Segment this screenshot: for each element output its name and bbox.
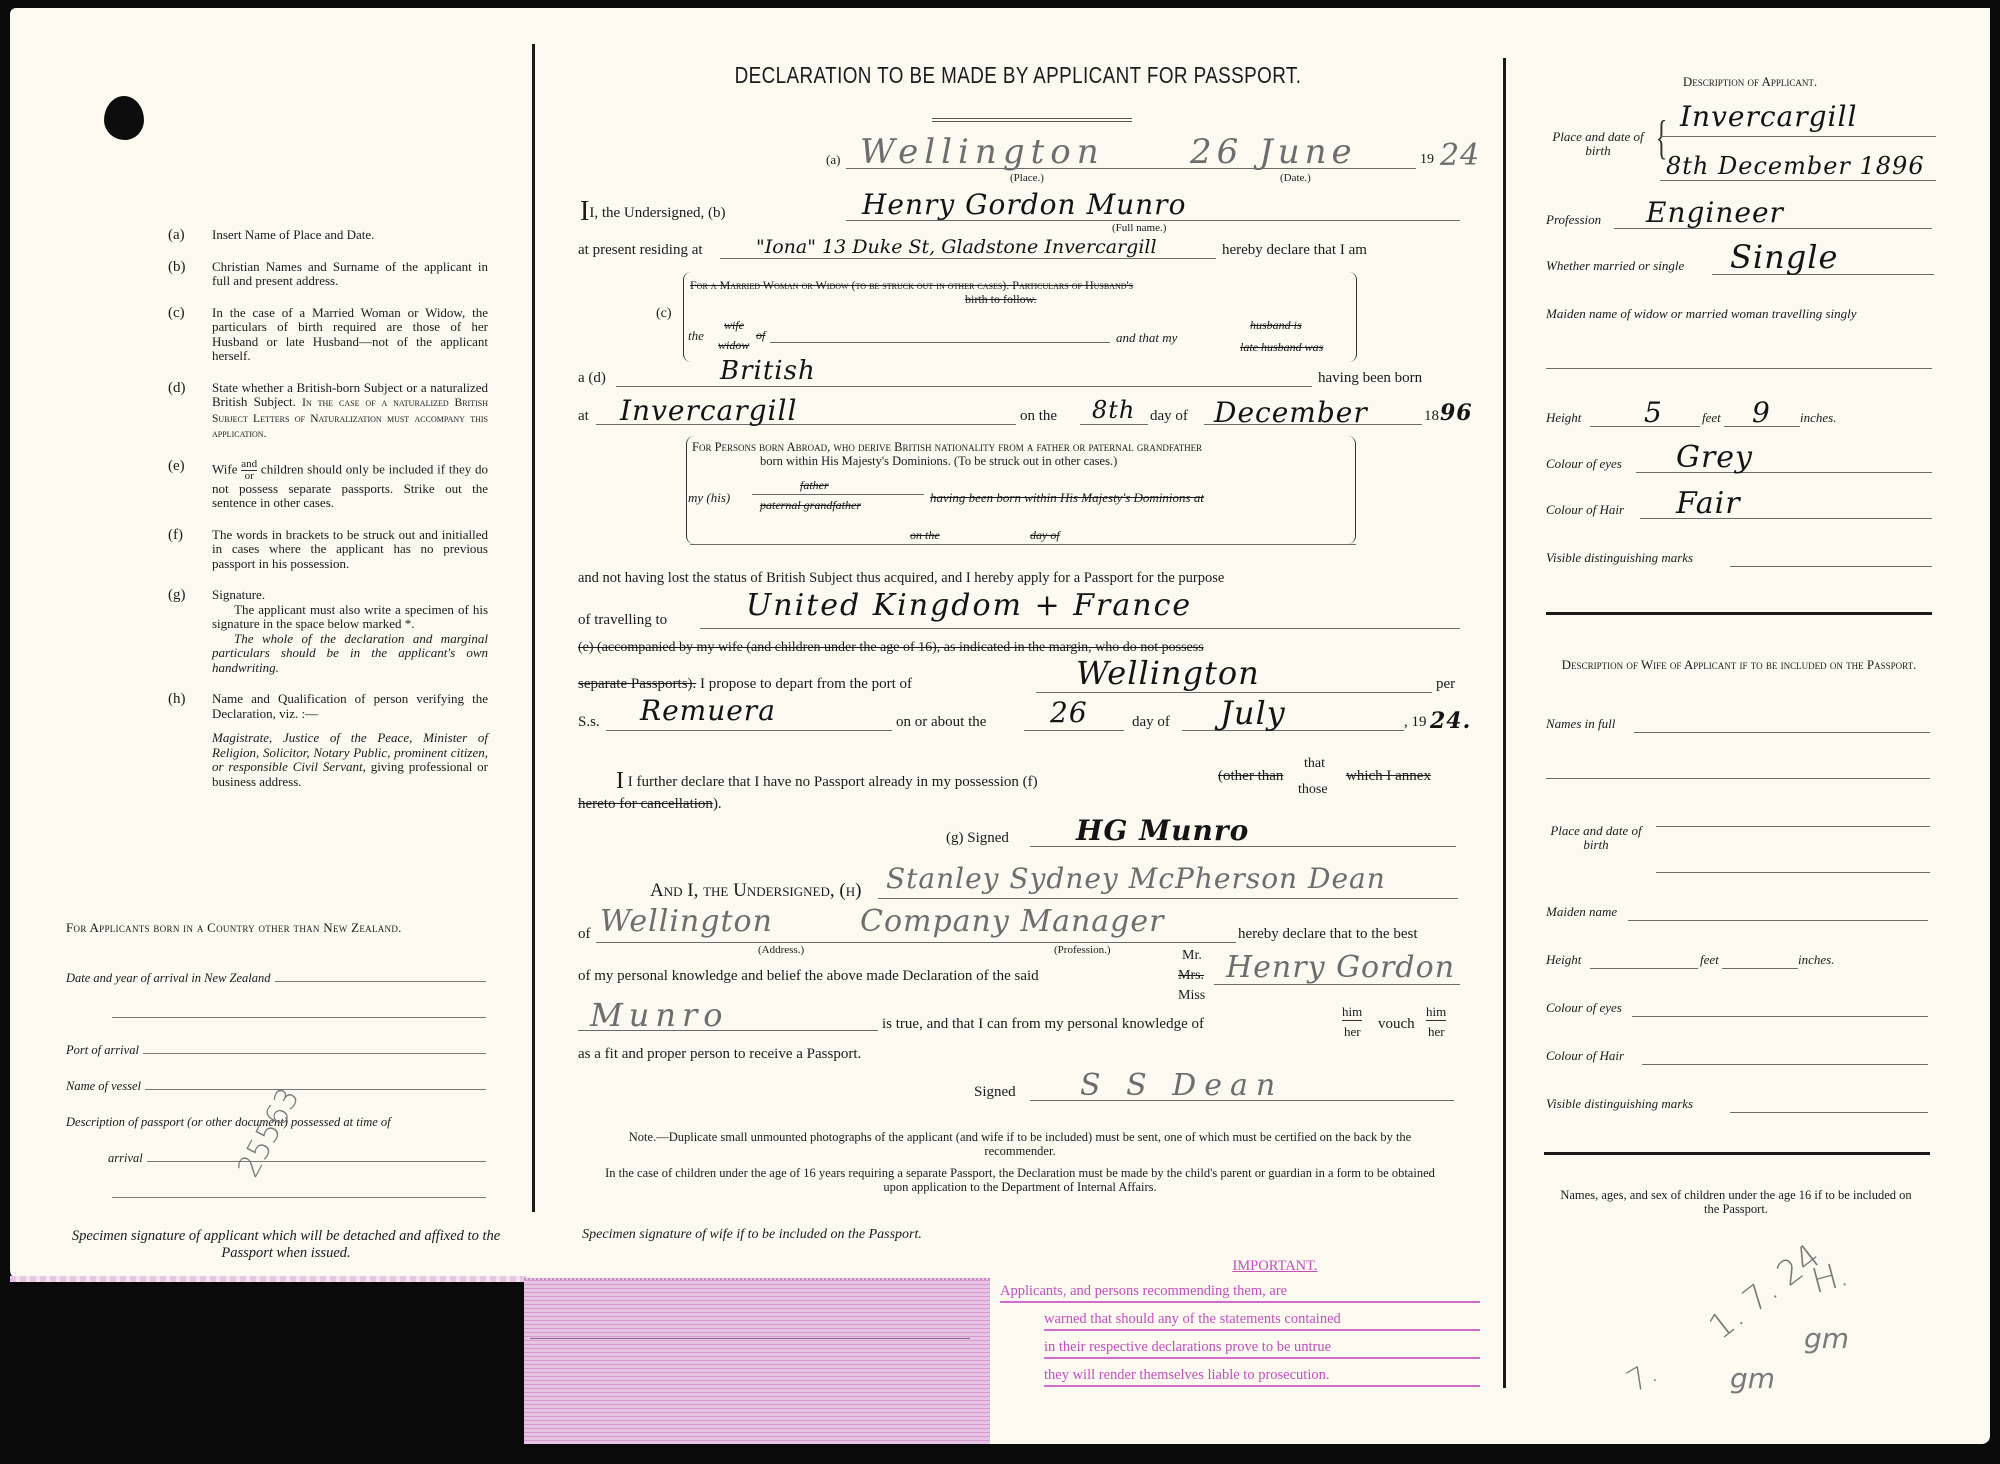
passport-description-field-2[interactable] [66, 1166, 486, 1202]
note-b: (b) Christian Names and Surname of the a… [168, 260, 488, 289]
pencil-initials-2: gm [1730, 1362, 1775, 1395]
birth-place-field[interactable]: Invercargill [620, 394, 797, 427]
subject-name-field-1[interactable]: Henry Gordon [1226, 950, 1455, 985]
date-field[interactable]: 26 June [1190, 132, 1357, 172]
place-field[interactable]: Wellington [860, 132, 1105, 172]
departure-year-field[interactable]: 24. [1430, 708, 1471, 734]
perforated-edge [10, 1276, 530, 1282]
profession-field[interactable]: Engineer [1646, 196, 1784, 229]
year-field[interactable]: 24 [1440, 138, 1480, 173]
note-h: (h) Name and Qualification of person ver… [168, 692, 488, 789]
birth-month-field[interactable]: December [1214, 396, 1368, 429]
photo-note: Note.—Duplicate small unmounted photogra… [600, 1130, 1440, 1158]
arrival-date-field-2[interactable] [66, 986, 486, 1022]
verifier-name-field[interactable]: Stanley Sydney McPherson Dean [886, 862, 1386, 895]
departure-day-field[interactable]: 26 [1050, 696, 1088, 729]
title-rule [932, 118, 1132, 122]
note-c: (c) In the case of a Married Woman or Wi… [168, 306, 488, 364]
ship-field[interactable]: Remuera [640, 694, 776, 727]
note-d: (d) State whether a British-born Subject… [168, 381, 488, 442]
note-g: (g) Signature.The applicant must also wr… [168, 588, 488, 675]
pencil-initials-1: gm [1804, 1322, 1849, 1355]
nationality-field[interactable]: British [720, 356, 816, 386]
birth-year-field[interactable]: 96 [1440, 400, 1473, 426]
eye-colour-field[interactable]: Grey [1676, 440, 1753, 475]
foreign-born-section: For Applicants born in a Country other t… [66, 920, 486, 1202]
specimen-signature-applicant-label: Specimen signature of applicant which wi… [66, 1228, 506, 1262]
important-warning: IMPORTANT. Applicants, and persons recom… [1000, 1258, 1480, 1395]
applicant-signature[interactable]: HG Munro [1076, 814, 1249, 847]
right-column-rule [1503, 58, 1506, 1388]
hair-colour-field[interactable]: Fair [1676, 486, 1741, 521]
foreign-section-heading: For Applicants born in a Country other t… [66, 920, 486, 936]
departure-port-field[interactable]: Wellington [1076, 654, 1260, 692]
left-column-rule [532, 44, 535, 1212]
children-section-label: Names, ages, and sex of children under t… [1556, 1188, 1916, 1216]
birth-day-field[interactable]: 8th [1092, 396, 1135, 424]
full-name-field[interactable]: Henry Gordon Munro [862, 188, 1186, 221]
destination-field[interactable]: United Kingdom + France [746, 588, 1192, 623]
verifier-profession-field[interactable]: Company Manager [860, 904, 1164, 939]
page-title: DECLARATION TO BE MADE BY APPLICANT FOR … [656, 62, 1381, 89]
departure-month-field[interactable]: July [1220, 694, 1286, 732]
specimen-signature-wife-label: Specimen signature of wife if to be incl… [552, 1226, 952, 1243]
marginal-notes: (a) Insert Name of Place and Date. (b) C… [168, 228, 488, 806]
note-e: (e) Wife andor children should only be i… [168, 459, 488, 511]
subject-name-field-2[interactable]: Munro [590, 996, 729, 1034]
desc-birth-date-field[interactable]: 8th December 1896 [1666, 152, 1925, 180]
children-note: In the case of children under the age of… [600, 1166, 1440, 1194]
desc-birth-place-field[interactable]: Invercargill [1680, 100, 1857, 133]
port-of-arrival-field[interactable]: Port of arrival [66, 1022, 486, 1058]
marital-status-field[interactable]: Single [1730, 238, 1838, 276]
arrival-date-field[interactable]: Date and year of arrival in New Zealand [66, 950, 486, 986]
verifier-address-field[interactable]: Wellington [600, 904, 773, 939]
note-f: (f) The words in brackets to be struck o… [168, 528, 488, 572]
height-feet-field[interactable]: 5 [1644, 396, 1663, 429]
address-field[interactable]: "Iona" 13 Duke St, Gladstone Invercargil… [756, 236, 1157, 258]
signature-stub [524, 1278, 990, 1444]
note-a: (a) Insert Name of Place and Date. [168, 228, 488, 243]
ink-blot [104, 96, 144, 140]
verifier-signature[interactable]: S S Dean [1080, 1068, 1283, 1103]
height-inches-field[interactable]: 9 [1752, 396, 1771, 429]
